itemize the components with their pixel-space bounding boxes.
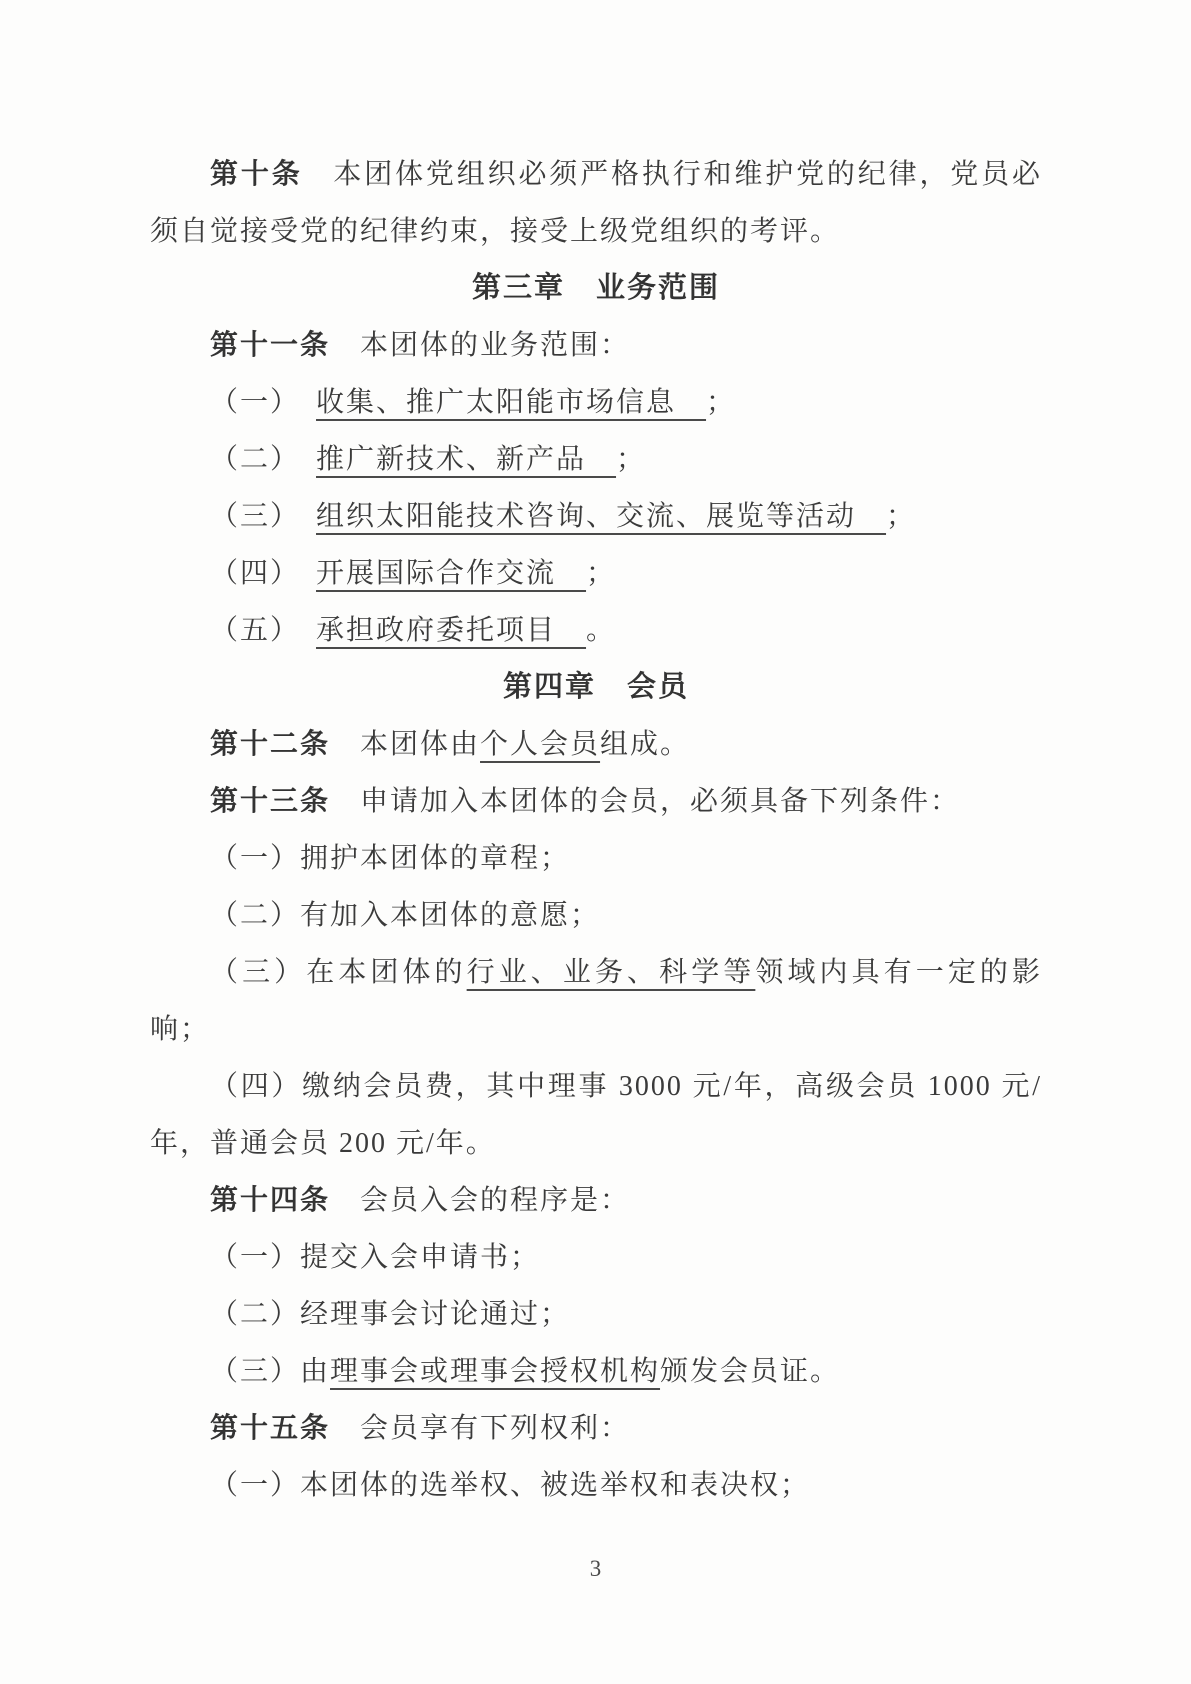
article-15: 第十五条 会员享有下列权利：: [150, 1400, 1042, 1457]
text-segment: （一）本团体的选举权、被选举权和表决权；: [210, 1470, 810, 1501]
condition-item-2: （二）有加入本团体的意愿；: [150, 887, 1042, 944]
document-body: 第十条 本团体党组织必须严格执行和维护党的纪律，党员必须自觉接受党的纪律约束，接…: [150, 146, 1042, 1514]
condition-item-3: （三）在本团体的行业、业务、科学等领域内具有一定的影响；: [150, 944, 1042, 1058]
page-number: 3: [0, 1556, 1191, 1582]
text-segment: ；: [586, 558, 616, 589]
article-11: 第十一条 本团体的业务范围：: [150, 317, 1042, 374]
condition-item-4: （四）缴纳会员费，其中理事 3000 元/年，高级会员 1000 元/年，普通会…: [150, 1058, 1042, 1172]
text-segment: （二）有加入本团体的意愿；: [210, 900, 600, 931]
filled-blank-text: 承担政府委托项目: [316, 615, 586, 646]
text-segment: ；: [706, 387, 736, 418]
article-number-label: 第十一条: [210, 330, 330, 361]
article-12: 第十二条 本团体由个人会员组成。: [150, 716, 1042, 773]
text-segment: 本团体的业务范围：: [330, 330, 630, 361]
text-segment: （五）: [210, 615, 316, 646]
article-number-label: 第十条: [210, 159, 303, 190]
scope-item-1: （一） 收集、推广太阳能市场信息 ；: [150, 374, 1042, 431]
article-number-label: 第十三条: [210, 786, 330, 817]
filled-blank-text: 推广新技术、新产品: [316, 444, 616, 475]
text-segment: （一）提交入会申请书；: [210, 1242, 540, 1273]
filled-blank-text: 开展国际合作交流: [316, 558, 586, 589]
text-segment: ；: [886, 501, 916, 532]
text-segment: 申请加入本团体的会员，必须具备下列条件：: [330, 786, 960, 817]
article-14: 第十四条 会员入会的程序是：: [150, 1172, 1042, 1229]
text-segment: （三）在本团体的: [210, 957, 467, 988]
chapter-4-heading: 第四章 会员: [150, 659, 1042, 716]
filled-blank-text: 个人会员: [480, 729, 600, 760]
procedure-item-2: （二）经理事会讨论通过；: [150, 1286, 1042, 1343]
text-segment: 本团体由: [330, 729, 480, 760]
text-segment: （二）经理事会讨论通过；: [210, 1299, 570, 1330]
procedure-item-1: （一）提交入会申请书；: [150, 1229, 1042, 1286]
filled-blank-text: 理事会或理事会授权机构: [330, 1356, 660, 1387]
condition-item-1: （一）拥护本团体的章程；: [150, 830, 1042, 887]
text-segment: （四）缴纳会员费，其中理事 3000 元/年，高级会员 1000 元/年，普通会…: [150, 1071, 1042, 1159]
article-number-label: 第十五条: [210, 1413, 330, 1444]
filled-blank-text: 行业、业务、科学等: [467, 957, 756, 988]
text-segment: 会员享有下列权利：: [330, 1413, 630, 1444]
article-number-label: 第三章 业务范围: [472, 272, 720, 304]
scope-item-4: （四） 开展国际合作交流 ；: [150, 545, 1042, 602]
document-page: 第十条 本团体党组织必须严格执行和维护党的纪律，党员必须自觉接受党的纪律约束，接…: [0, 0, 1191, 1684]
text-segment: 会员入会的程序是：: [330, 1185, 630, 1216]
text-segment: （一）: [210, 387, 316, 418]
scope-item-2: （二） 推广新技术、新产品 ；: [150, 431, 1042, 488]
text-segment: 颁发会员证。: [660, 1356, 840, 1387]
article-10: 第十条 本团体党组织必须严格执行和维护党的纪律，党员必须自觉接受党的纪律约束，接…: [150, 146, 1042, 260]
text-segment: 组成。: [600, 729, 690, 760]
text-segment: （一）拥护本团体的章程；: [210, 843, 570, 874]
text-segment: （二）: [210, 444, 316, 475]
article-number-label: 第四章 会员: [503, 671, 689, 703]
article-13: 第十三条 申请加入本团体的会员，必须具备下列条件：: [150, 773, 1042, 830]
text-segment: 。: [586, 615, 616, 646]
text-segment: ；: [616, 444, 646, 475]
chapter-3-heading: 第三章 业务范围: [150, 260, 1042, 317]
filled-blank-text: 组织太阳能技术咨询、交流、展览等活动: [316, 501, 886, 532]
text-segment: （三）: [210, 501, 316, 532]
article-number-label: 第十二条: [210, 729, 330, 760]
rights-item-1: （一）本团体的选举权、被选举权和表决权；: [150, 1457, 1042, 1514]
text-segment: （三）由: [210, 1356, 330, 1387]
scope-item-3: （三） 组织太阳能技术咨询、交流、展览等活动 ；: [150, 488, 1042, 545]
article-number-label: 第十四条: [210, 1185, 330, 1216]
filled-blank-text: 收集、推广太阳能市场信息: [316, 387, 706, 418]
text-segment: （四）: [210, 558, 316, 589]
scope-item-5: （五） 承担政府委托项目 。: [150, 602, 1042, 659]
procedure-item-3: （三）由理事会或理事会授权机构颁发会员证。: [150, 1343, 1042, 1400]
